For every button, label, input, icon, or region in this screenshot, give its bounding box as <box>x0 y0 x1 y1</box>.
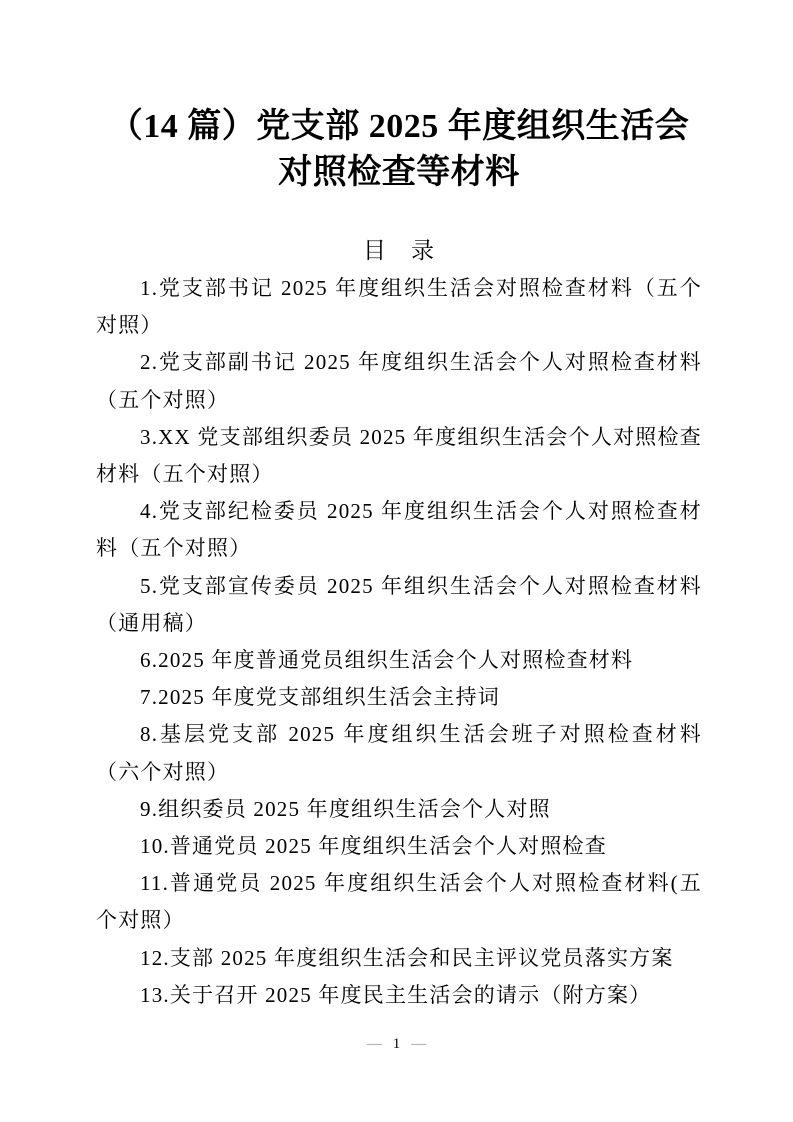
toc-item-10: 10.普通党员 2025 年度组织生活会个人对照检查 <box>96 828 702 865</box>
toc-item-8: 8.基层党支部 2025 年度组织生活会班子对照检查材料（六个对照） <box>96 716 702 790</box>
toc-item-2: 2.党支部副书记 2025 年度组织生活会个人对照检查材料（五个对照） <box>96 344 702 418</box>
toc-item-6: 6.2025 年度普通党员组织生活会个人对照检查材料 <box>96 642 702 679</box>
toc-item-9: 9.组织委员 2025 年度组织生活会个人对照 <box>96 791 702 828</box>
toc-item-12: 12.支部 2025 年度组织生活会和民主评议党员落实方案 <box>96 940 702 977</box>
document-title: （14 篇）党支部 2025 年度组织生活会对照检查等材料 <box>96 104 702 196</box>
toc-item-5: 5.党支部宣传委员 2025 年组织生活会个人对照检查材料（通用稿） <box>96 568 702 642</box>
footer-dash-left: — <box>367 1036 382 1052</box>
toc-list: 1.党支部书记 2025 年度组织生活会对照检查材料（五个对照） 2.党支部副书… <box>96 270 702 1014</box>
toc-item-1: 1.党支部书记 2025 年度组织生活会对照检查材料（五个对照） <box>96 270 702 344</box>
toc-item-13: 13.关于召开 2025 年度民主生活会的请示（附方案） <box>96 977 702 1014</box>
page-footer: —1— <box>0 1034 793 1054</box>
toc-item-4: 4.党支部纪检委员 2025 年度组织生活会个人对照检查材料（五个对照） <box>96 493 702 567</box>
toc-item-3: 3.XX 党支部组织委员 2025 年度组织生活会个人对照检查材料（五个对照） <box>96 419 702 493</box>
document-page: （14 篇）党支部 2025 年度组织生活会对照检查等材料 目 录 1.党支部书… <box>0 0 793 1122</box>
page-number: 1 <box>393 1036 401 1052</box>
toc-heading: 目 录 <box>96 236 702 266</box>
toc-item-7: 7.2025 年度党支部组织生活会主持词 <box>96 679 702 716</box>
footer-dash-right: — <box>411 1036 426 1052</box>
toc-item-11: 11.普通党员 2025 年度组织生活会个人对照检查材料(五个对照） <box>96 865 702 939</box>
